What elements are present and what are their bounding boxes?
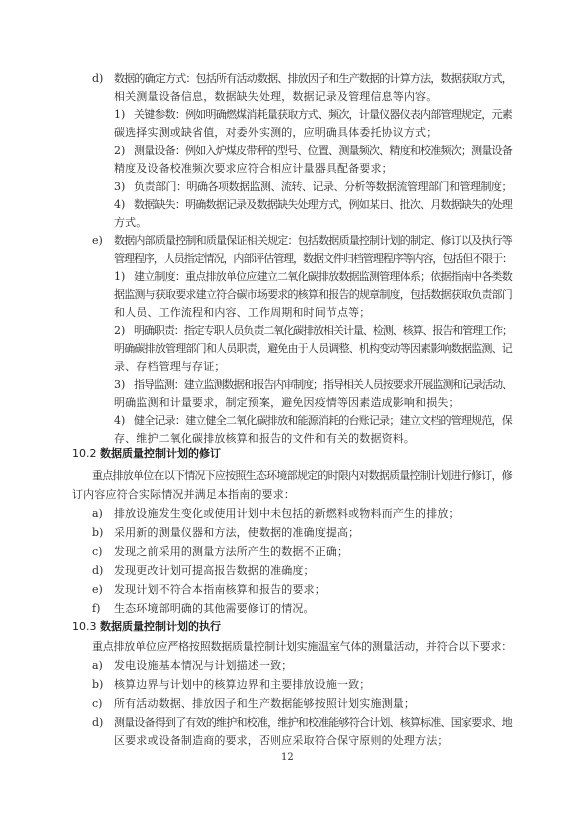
list-item: 生态环境部明确的其他需要修订的情况。 <box>114 602 315 616</box>
text-line: 录、存档管理与存证； <box>114 360 226 374</box>
text-line: 测量设备：例如入炉煤皮带秤的型号、位置、测量频次、精度和校准频次；测量设备 <box>134 144 512 158</box>
item-label: 2) <box>114 144 125 158</box>
section-title: 数据质量控制计划的执行 <box>100 620 221 633</box>
item-label: 4) <box>114 198 125 212</box>
text-line: 数据缺失：明确数据记录及数据缺失处理方式，例如某日、批次、月数据缺失的处理 <box>134 198 512 212</box>
item-label: 4) <box>114 414 125 428</box>
item-label: 1) <box>114 108 125 122</box>
list-item: 所有活动数据、排放因子和生产数据能够按照计划实施测量； <box>114 697 415 711</box>
item-label: d) <box>92 716 103 730</box>
item-label: a) <box>92 659 103 673</box>
item-label: a) <box>92 507 103 521</box>
text-line: 健全记录：建立健全二氧化碳排放和能源消耗的台账记录；建立文档的管理规范，保 <box>134 414 512 428</box>
list-item: 采用新的测量仪器和方法，使数据的准确度提高； <box>114 526 359 540</box>
text-line: 方式。 <box>114 216 147 230</box>
text-line: 数据的确定方式：包括所有活动数据、排放因子和生产数据的计算方法，数据获取方式， <box>114 72 512 86</box>
text-line: 负责部门：明确各项数据监测、流转、记录、分析等数据流管理部门和管理制度； <box>134 180 512 194</box>
item-label: 2) <box>114 324 125 338</box>
section-heading-10-2: 10.2数据质量控制计划的修订 <box>72 447 221 461</box>
section-heading-10-3: 10.3数据质量控制计划的执行 <box>72 620 221 634</box>
text-line: 相关测量设备信息，数据缺失处理，数据记录及管理信息等内容。 <box>114 90 437 104</box>
text-line: 明确监测和计量要求，制定预案，避免因疫情等因素造成影响和损失； <box>114 396 460 410</box>
text-line: 建立制度：重点排放单位应建立二氧化碳排放数据监测管理体系；依据指南中各类数 <box>134 270 512 284</box>
item-label: 3) <box>114 378 125 392</box>
item-label: 1) <box>114 270 125 284</box>
item-label: 3) <box>114 180 125 194</box>
item-label: c) <box>92 697 102 711</box>
list-item: 发现更改计划可提高报告数据的准确度； <box>114 564 315 578</box>
paragraph-line: 重点排放单位在以下情况下应按照生态环境部规定的时限内对数据质量控制计划进行修订，… <box>92 469 512 483</box>
item-label: d) <box>92 564 103 578</box>
list-item: 发现计划不符合本指南核算和报告的要求； <box>114 583 326 597</box>
document-page: d) 数据的确定方式：包括所有活动数据、排放因子和生产数据的计算方法，数据获取方… <box>0 0 578 818</box>
list-item: 核算边界与计划中的核算边界和主要排放设施一致； <box>114 678 370 692</box>
text-line: 和人员、工作流程和内容、工作周期和时间节点等； <box>114 306 370 320</box>
item-label: e) <box>92 234 103 248</box>
item-label: b) <box>92 526 103 540</box>
section-number: 10.3 <box>72 620 100 634</box>
list-item: 发电设施基本情况与计划描述一致； <box>114 659 292 673</box>
list-item: 测量设备得到了有效的维护和校准，维护和校准能够符合计划、核算标准、国家要求、地 <box>114 716 512 730</box>
item-label: f) <box>92 602 100 616</box>
item-label: b) <box>92 678 103 692</box>
text-line: 精度及设备校准频次要求应符合相应计量器具配备要求； <box>114 162 393 176</box>
text-line: 存、维护二氧化碳排放核算和报告的文件和有关的数据资料。 <box>114 432 415 446</box>
section-title: 数据质量控制计划的修订 <box>100 447 221 460</box>
paragraph-line: 重点排放单位应严格按照数据质量控制计划实施温室气体的测量活动，并符合以下要求： <box>92 640 512 654</box>
text-line: 明确职责：指定专职人员负责二氧化碳排放相关计量、检测、核算、报告和管理工作； <box>134 324 512 338</box>
list-item: 区要求或设备制造商的要求，否则应采取符合保守原则的处理方法； <box>114 734 449 748</box>
list-item: 发现之前采用的测量方法所产生的数据不正确； <box>114 545 348 559</box>
text-line: 据监测与获取要求建立符合碳市场要求的核算和报告的规章制度，包括数据获取负责部门 <box>114 288 512 302</box>
item-label: c) <box>92 545 102 559</box>
list-item: 排放设施发生变化或使用计划中未包括的新燃料或物料而产生的排放； <box>114 507 460 521</box>
text-line: 数据内部质量控制和质量保证相关规定：包括数据质量控制计划的制定、修订以及执行等 <box>114 234 512 248</box>
item-label: d) <box>92 72 103 86</box>
paragraph-line: 订内容应符合实际情况并满足本指南的要求： <box>72 488 295 502</box>
text-line: 明确碳排放管理部门和人员职责，避免由于人员调整、机构变动等因素影响数据监测、记 <box>114 342 512 356</box>
page-number: 12 <box>281 752 294 763</box>
text-line: 管理程序，人员指定情况，内部评估管理，数据文件归档管理程序等内容，包括但不限于： <box>114 252 512 266</box>
text-line: 关键参数：例如明确燃煤消耗量获取方式、频次，计量仪器仪表内部管理规定，元素 <box>134 108 512 122</box>
item-label: e) <box>92 583 103 597</box>
text-line: 碳选择实测或缺省值，对委外实测的，应明确具体委托协议方式； <box>114 126 437 140</box>
text-line: 指导监测：建立监测数据和报告内审制度；指导相关人员按要求开展监测和记录活动、 <box>134 378 512 392</box>
section-number: 10.2 <box>72 447 100 461</box>
